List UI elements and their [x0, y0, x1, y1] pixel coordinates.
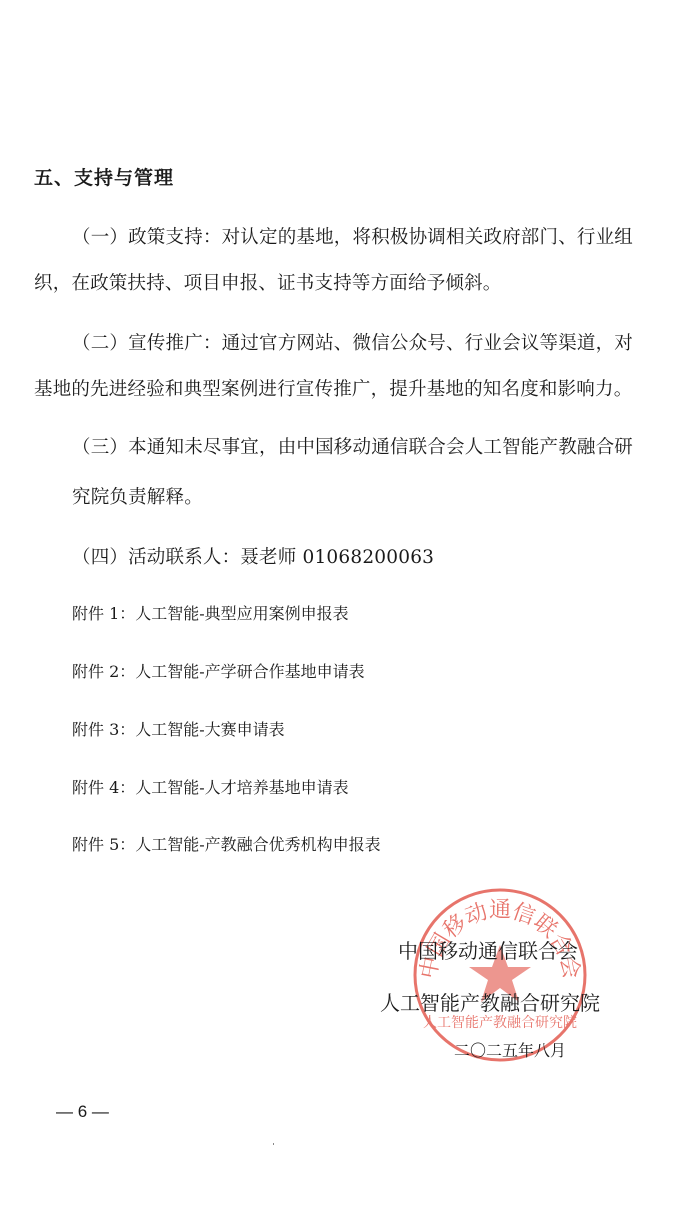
attachment-1: 附件 1：人工智能-典型应用案例申报表	[72, 601, 349, 624]
section-title: 五、支持与管理	[34, 163, 174, 190]
official-seal-icon: 中国移动通信联合会 人工智能产教融合研究院	[412, 887, 588, 1063]
attachment-5: 附件 5：人工智能-产教融合优秀机构申报表	[72, 832, 381, 855]
paragraph-promotion-line2: 基地的先进经验和典型案例进行宣传推广，提升基地的知名度和影响力。	[34, 375, 632, 401]
paragraph-interpretation-line1: （三）本通知未尽事宜，由中国移动通信联合会人工智能产教融合研	[72, 433, 633, 459]
paragraph-policy-line1: （一）政策支持：对认定的基地，将积极协调相关政府部门、行业组	[72, 223, 633, 249]
page-number: — 6 —	[56, 1102, 109, 1122]
signature-org-line2: 人工智能产教融合研究院	[380, 987, 600, 1016]
paragraph-contact: （四）活动联系人：聂老师 01068200063	[72, 543, 434, 569]
paragraph-policy-line2: 织，在政策扶持、项目申报、证书支持等方面给予倾斜。	[34, 269, 502, 295]
signature-org-line1: 中国移动通信联合会	[398, 935, 578, 964]
scan-speck	[273, 1143, 274, 1145]
paragraph-interpretation-line2: 究院负责解释。	[72, 483, 203, 509]
signature-date: 二〇二五年八月	[454, 1038, 566, 1061]
seal-inner-text: 人工智能产教融合研究院	[423, 1014, 577, 1031]
paragraph-promotion-line1: （二）宣传推广：通过官方网站、微信公众号、行业会议等渠道，对	[72, 329, 633, 355]
attachment-2: 附件 2：人工智能-产学研合作基地申请表	[72, 659, 365, 682]
attachment-4: 附件 4：人工智能-人才培养基地申请表	[72, 775, 349, 798]
attachment-3: 附件 3：人工智能-大赛申请表	[72, 717, 285, 740]
